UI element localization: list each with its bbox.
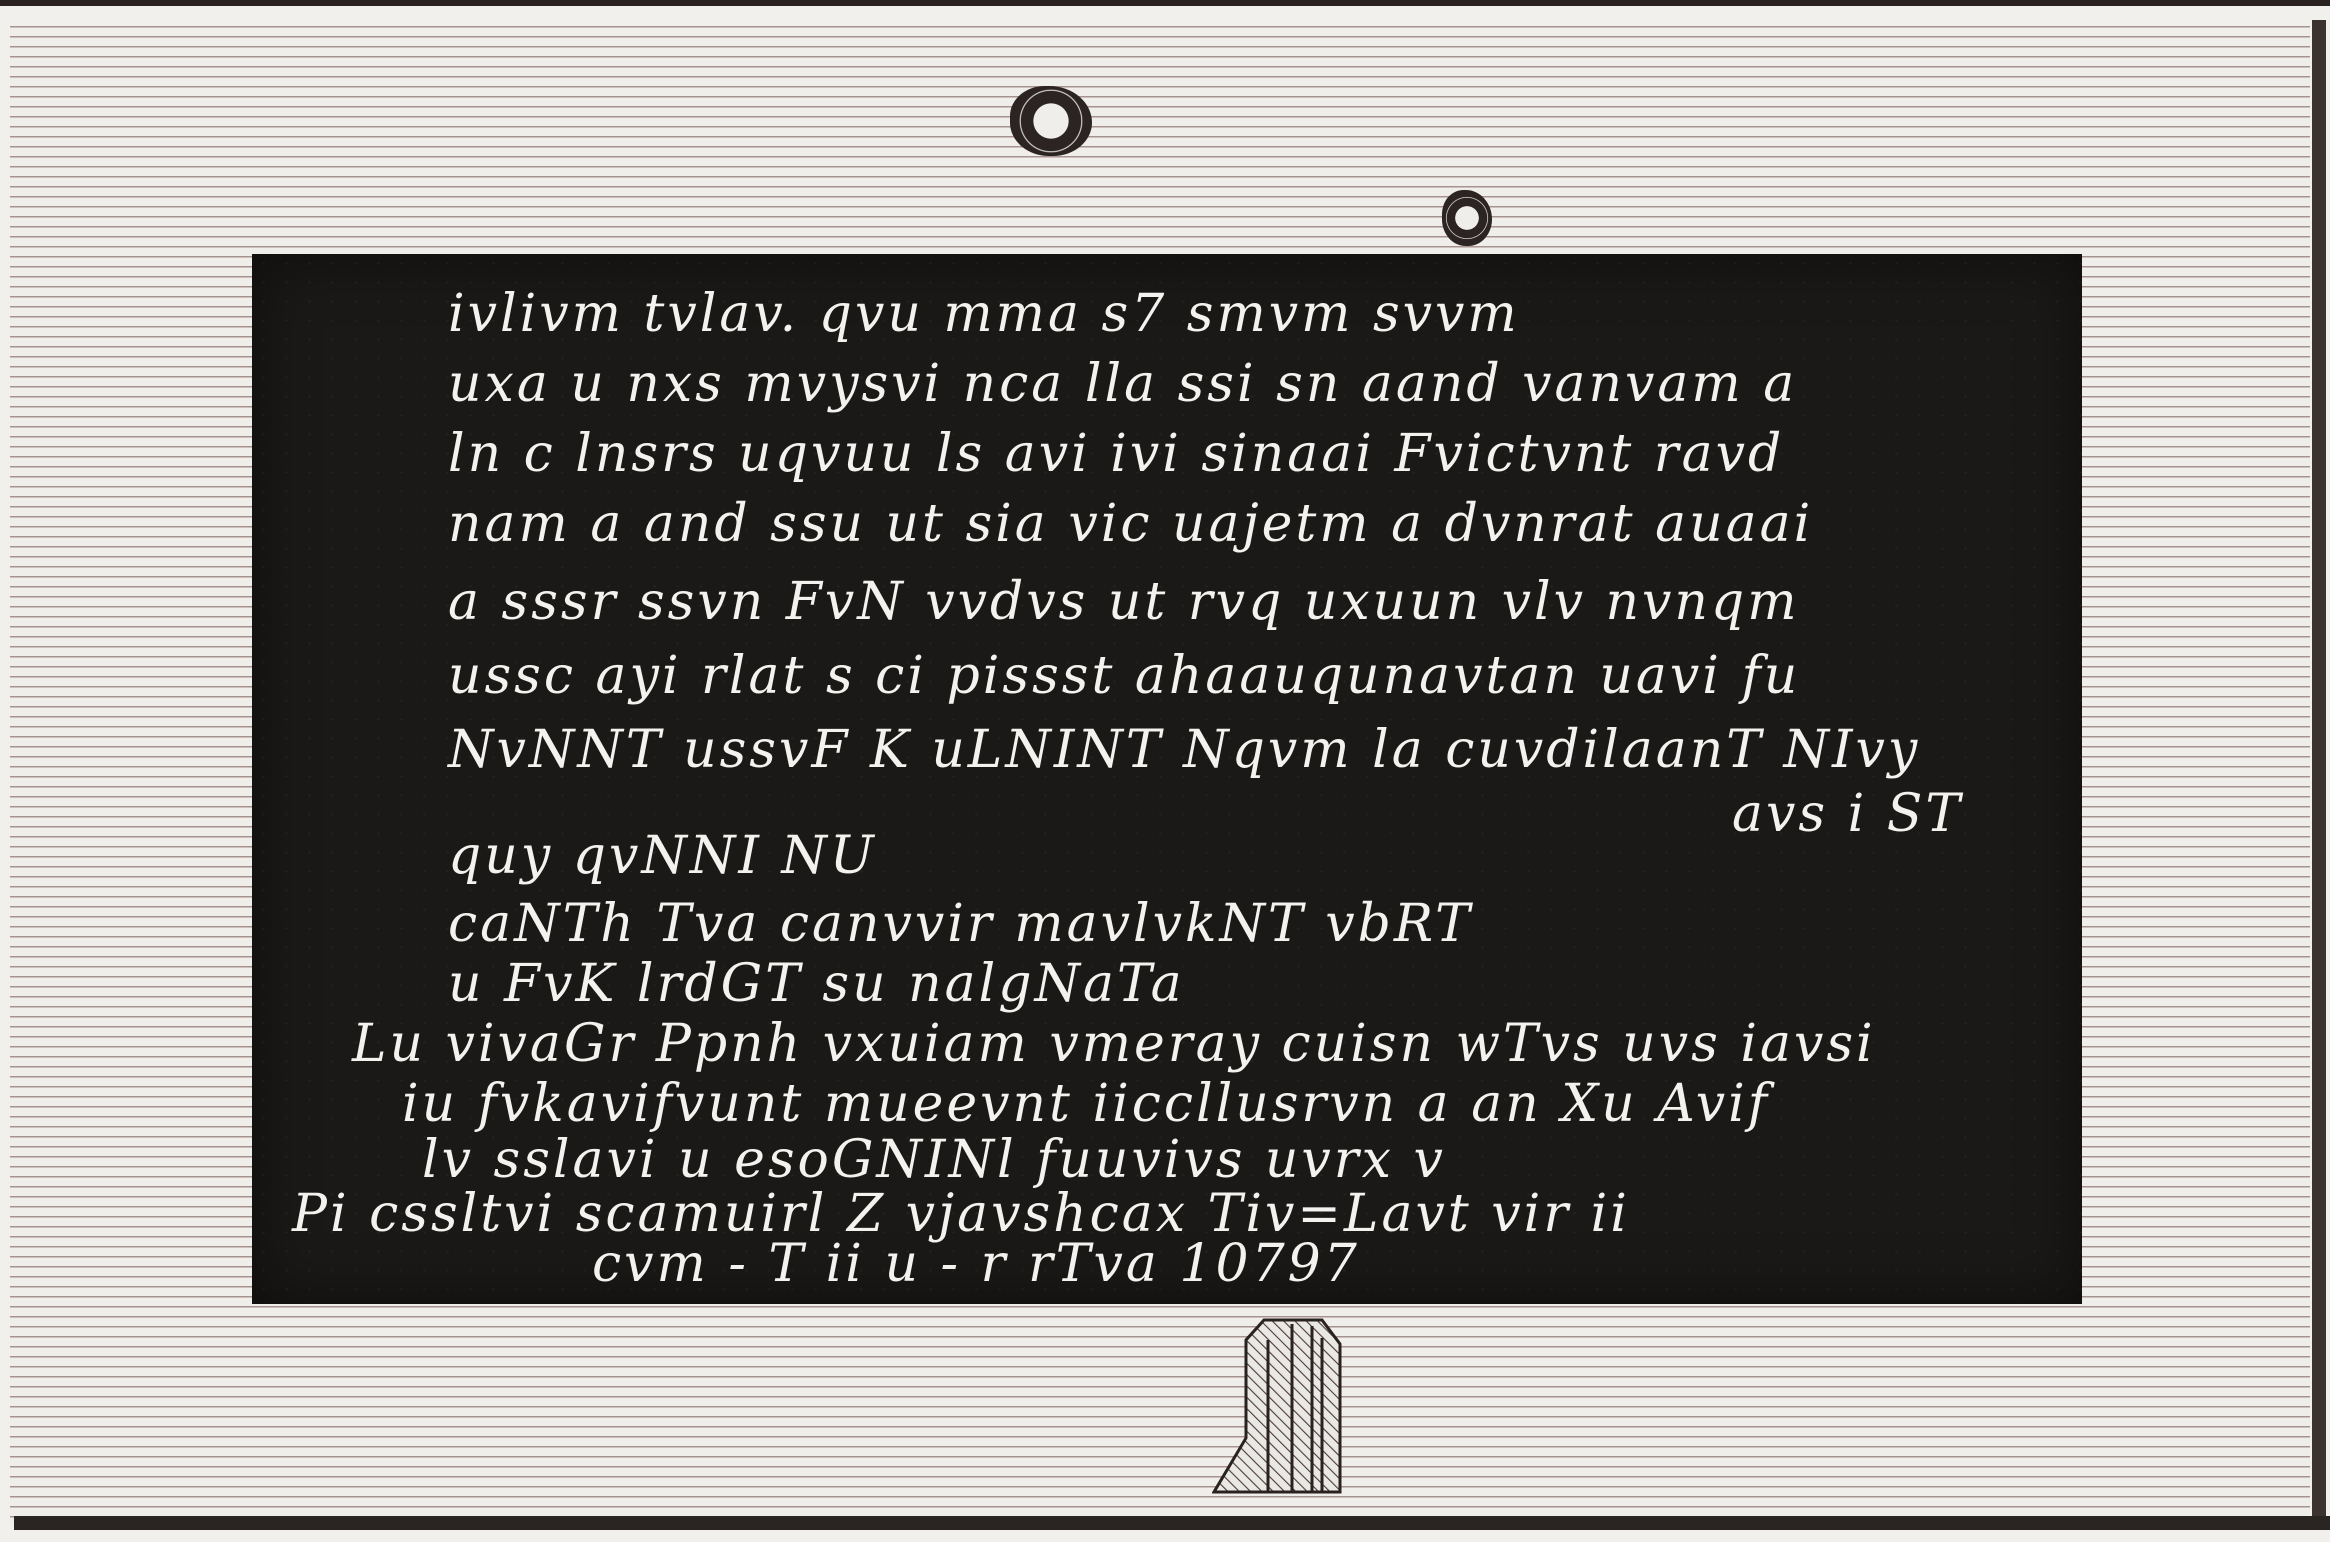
- inscribed-tablet: ivlivm tvlav. qvu mma s7 smvm svvm uxa u…: [252, 254, 2082, 1304]
- script-line: ivlivm tvlav. qvu mma s7 smvm svvm: [448, 284, 1520, 344]
- pedestal-icon: [1212, 1318, 1358, 1494]
- script-line: nam a and ssu ut sia vic uajetm a dvnrat…: [448, 494, 1813, 554]
- ink-blot-icon: [1010, 86, 1092, 156]
- right-border: [2312, 20, 2326, 1530]
- script-line: quy qvNNI NU: [448, 826, 877, 886]
- script-line: ln c lnsrs uqvuu ls avi ivi sinaai Fvict…: [448, 424, 1784, 484]
- script-line: ussc ayi rlat s ci pissst ahaauqunavtan …: [448, 646, 1800, 706]
- script-line: Lu vivaGr Ppnh vxuiam vmeray cuisn wTvs …: [352, 1014, 1876, 1074]
- script-line: caNTh Tva canvvir mavlvkNT vbRT: [448, 894, 1473, 954]
- inscription-script: ivlivm tvlav. qvu mma s7 smvm svvm uxa u…: [252, 254, 2082, 1304]
- script-line: a sssr ssvn FvN vvdvs ut rvq uxuun vlv n…: [448, 572, 1800, 632]
- script-line: uxa u nxs mvysvi nca lla ssi sn aand van…: [448, 354, 1797, 414]
- top-edge: [0, 0, 2330, 6]
- engraving-plate: ivlivm tvlav. qvu mma s7 smvm svvm uxa u…: [0, 0, 2330, 1542]
- script-line: NvNNT ussvF K uLNINT Nqvm la cuvdilaanT …: [448, 720, 1920, 780]
- script-line: cvm - T ii u - r rTva 10797: [592, 1234, 1360, 1294]
- script-line: u FvK lrdGT su nalgNaTa: [448, 954, 1185, 1014]
- ink-blot-icon: [1442, 190, 1492, 246]
- script-line: avs i ST: [1732, 784, 1963, 844]
- script-line: iu fvkavifvunt mueevnt iiccllusrvn a an …: [402, 1074, 1770, 1134]
- script-line: lv sslavi u esoGNINl fuuvivs uvrx v: [422, 1130, 1446, 1190]
- bottom-border: [14, 1516, 2330, 1530]
